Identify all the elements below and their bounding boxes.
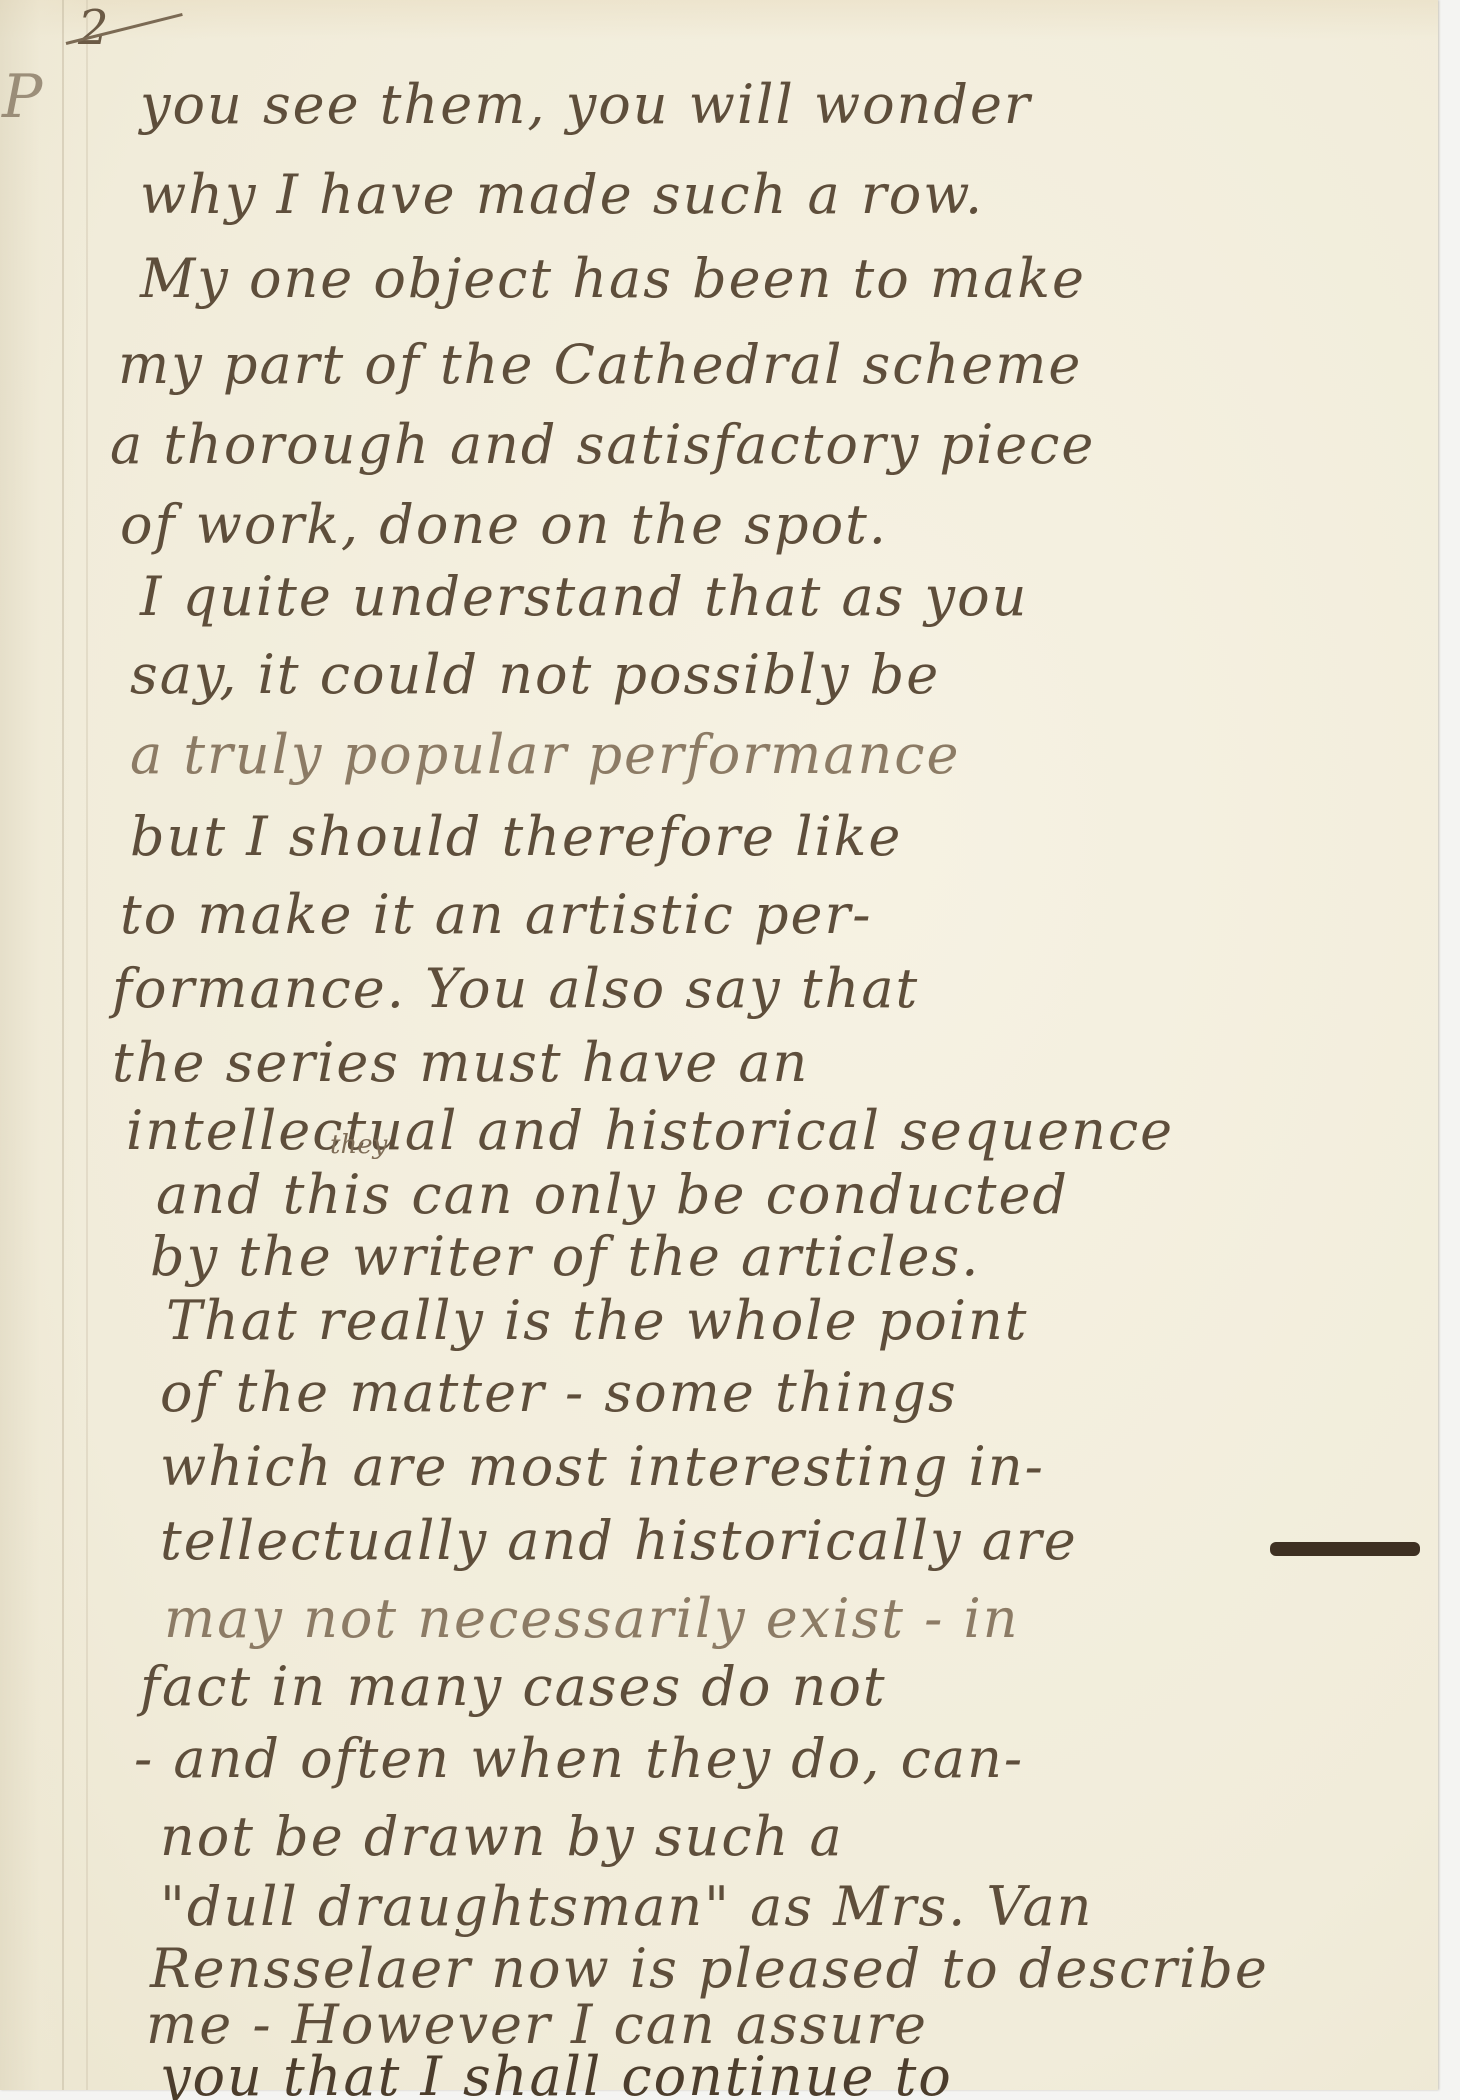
paper-fold-crease bbox=[86, 0, 88, 2090]
letter-line: by the writer of the articles. bbox=[150, 1230, 980, 1284]
letter-line: why I have made such a row. bbox=[140, 168, 984, 222]
letter-line: but I should therefore like bbox=[130, 810, 902, 864]
paper-fold-crease bbox=[62, 0, 64, 2090]
margin-mark: P bbox=[2, 62, 42, 132]
letter-line: not be drawn by such a bbox=[160, 1810, 844, 1864]
letter-line: I quite understand that as you bbox=[140, 570, 1028, 624]
letter-page: P 2 you see them, you will wonder why I … bbox=[0, 0, 1438, 2090]
letter-line: Rensselaer now is pleased to describe bbox=[150, 1942, 1269, 1996]
letter-line: "dull draughtsman" as Mrs. Van bbox=[160, 1880, 1093, 1934]
letter-line: to make it an artistic per- bbox=[120, 888, 873, 942]
handwritten-insertion: they bbox=[330, 1130, 387, 1160]
letter-line: you see them, you will wonder bbox=[140, 78, 1032, 132]
letter-line: intellectual and historical sequence bbox=[126, 1104, 1174, 1158]
letter-line: fact in many cases do not bbox=[140, 1660, 887, 1714]
letter-line: of work, done on the spot. bbox=[120, 498, 888, 552]
letter-line: - and often when they do, can- bbox=[134, 1732, 1024, 1786]
letter-line: me - However I can assure bbox=[146, 1998, 928, 2052]
letter-line: That really is the whole point bbox=[166, 1294, 1029, 1348]
letter-line: My one object has been to make bbox=[140, 252, 1086, 306]
letter-line: which are most interesting in- bbox=[160, 1440, 1045, 1494]
letter-line: my part of the Cathedral scheme bbox=[118, 338, 1082, 392]
letter-line: and this can only be conducted bbox=[156, 1168, 1069, 1222]
letter-line: you that I shall continue to bbox=[160, 2050, 953, 2100]
letter-line: a thorough and satisfactory piece bbox=[110, 418, 1095, 472]
letter-line: a truly popular performance bbox=[130, 728, 961, 782]
letter-line: of the matter - some things bbox=[160, 1366, 958, 1420]
letter-line: may not necessarily exist - in bbox=[164, 1592, 1020, 1646]
letter-line: formance. You also say that bbox=[112, 962, 919, 1016]
letter-line: the series must have an bbox=[112, 1036, 809, 1090]
page-number: 2 bbox=[78, 0, 109, 56]
ink-strikethrough bbox=[1270, 1542, 1420, 1556]
letter-line: say, it could not possibly be bbox=[130, 648, 940, 702]
letter-line: tellectually and historically are bbox=[160, 1514, 1078, 1568]
